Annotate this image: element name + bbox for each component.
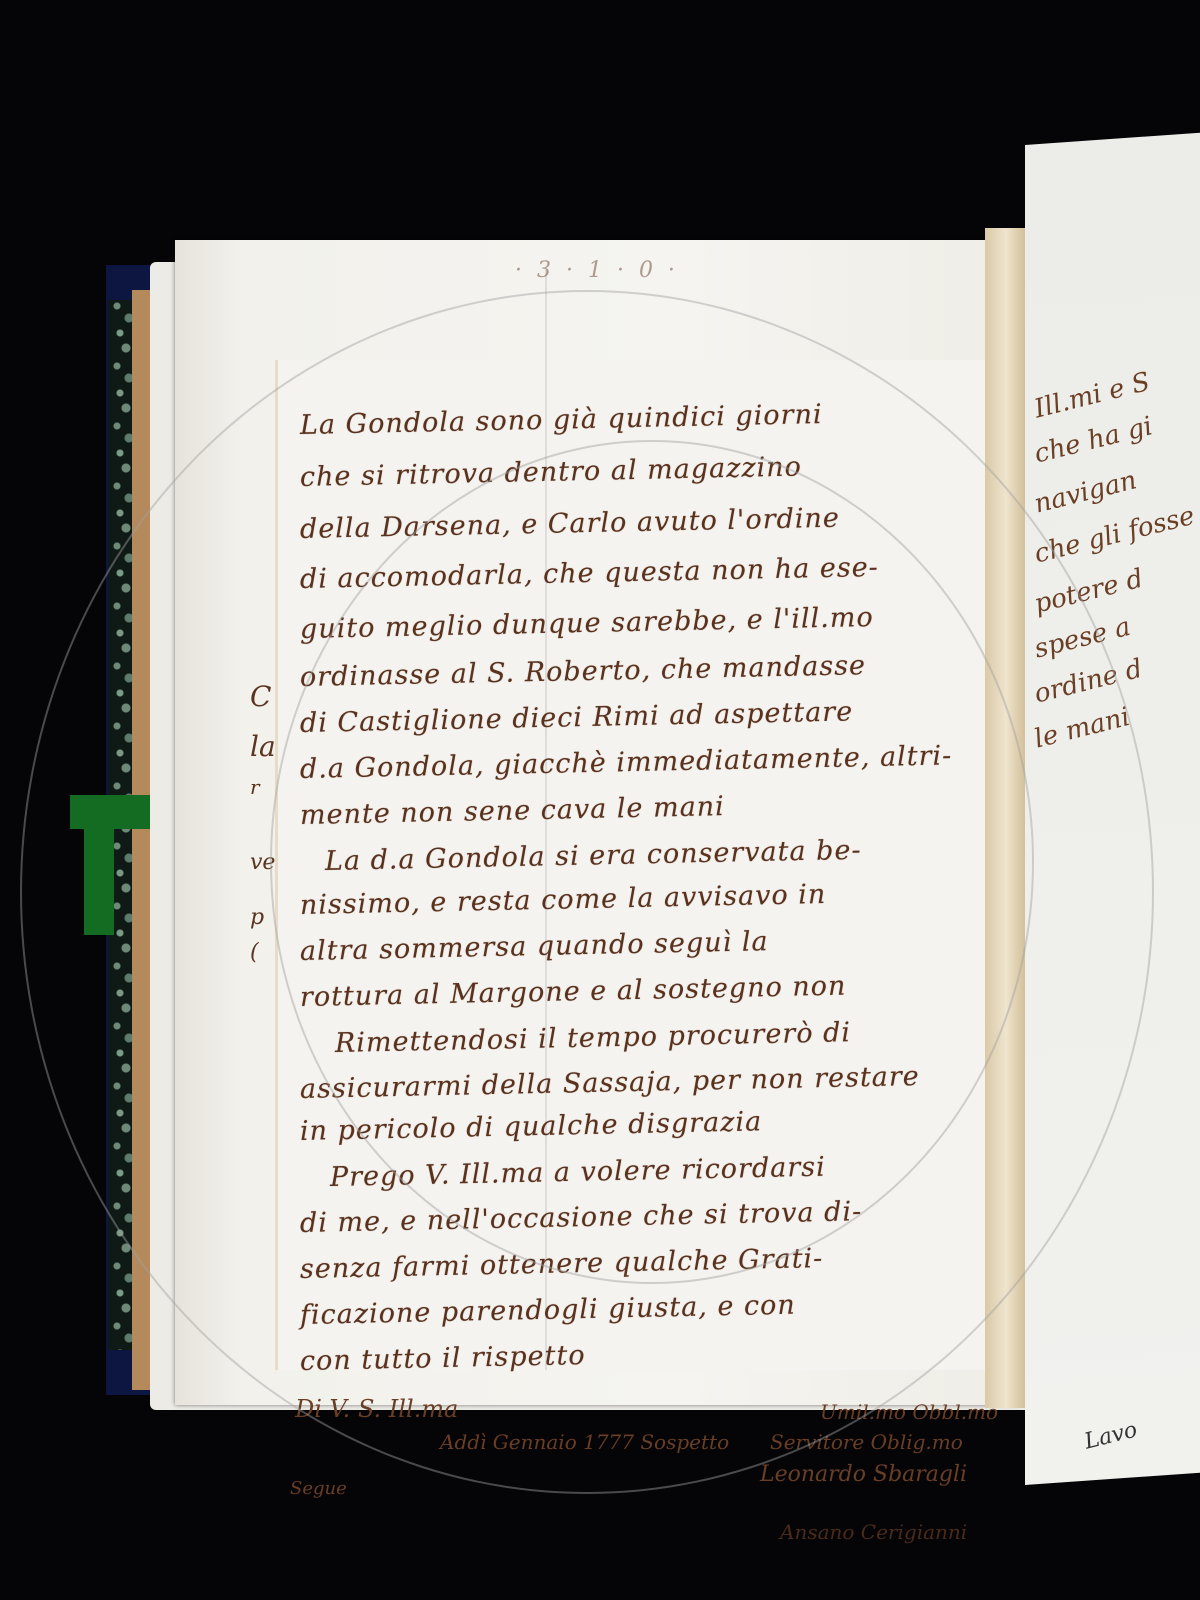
margin-fragment: ve xyxy=(250,850,275,875)
right-page xyxy=(1025,131,1200,1485)
servant-line: Umil.mo Obbl.mo xyxy=(820,1400,998,1424)
header-marking: · 3 · 1 · 0 · xyxy=(515,258,679,283)
margin-fragment: C xyxy=(250,680,271,713)
margin-fragment: la xyxy=(250,730,276,763)
archival-signature: Ansano Cerigianni xyxy=(780,1520,967,1544)
date-place: Addì Gennaio 1777 Sospetto xyxy=(440,1430,729,1454)
margin-fragment: p xyxy=(250,905,264,930)
signature: Leonardo Sbaragli xyxy=(760,1462,967,1487)
margin-fragment: r xyxy=(250,775,260,799)
servant-line: Servitore Oblig.mo xyxy=(770,1430,963,1454)
footer-note: Segue xyxy=(290,1478,347,1499)
margin-fragment: ( xyxy=(250,940,259,965)
salutation: Di V. S. Ill.ma xyxy=(295,1395,458,1423)
bookmark-ribbon-tab xyxy=(70,795,156,829)
